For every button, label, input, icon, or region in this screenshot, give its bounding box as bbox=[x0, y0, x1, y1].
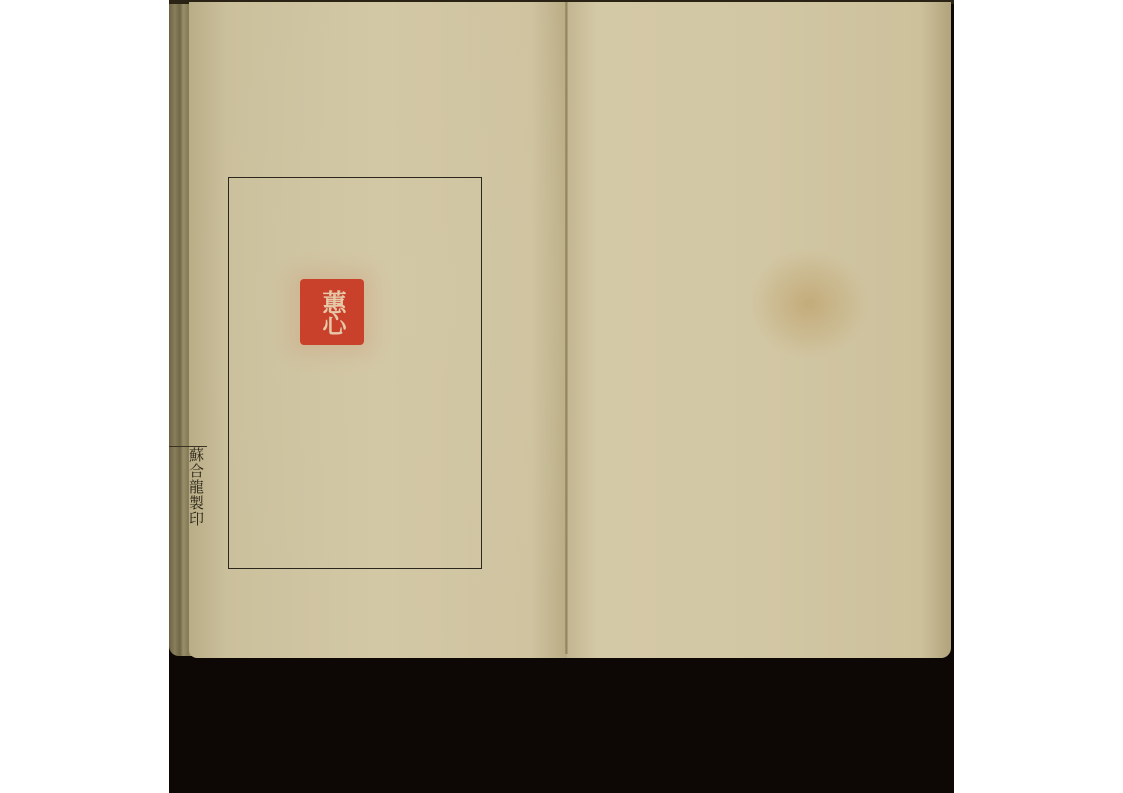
book-gutter bbox=[565, 2, 568, 654]
seal-text: 蕙心 bbox=[319, 290, 345, 334]
left-page bbox=[189, 2, 569, 658]
right-page bbox=[567, 2, 951, 658]
printed-frame-border bbox=[228, 177, 482, 569]
red-seal-stamp: 蕙心 bbox=[300, 279, 364, 345]
margin-credit-text: 蘇合龍製印 bbox=[177, 447, 207, 527]
book-scan bbox=[169, 0, 954, 793]
